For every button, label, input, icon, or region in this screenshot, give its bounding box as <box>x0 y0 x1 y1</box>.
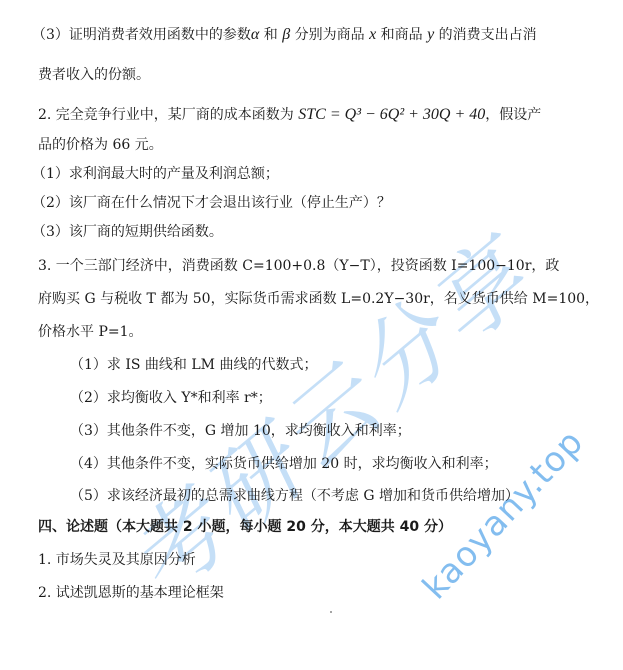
q2-part2: （2）该厂商在什么情况下才会退出该行业（停止生产）？ <box>32 194 391 212</box>
beta-symbol: β <box>282 26 290 43</box>
q3-line3: 价格水平 P=1。 <box>38 323 143 341</box>
q3-part2: （2）求均衡收入 Y*和利率 r*； <box>70 389 272 407</box>
section4-item2: 2. 试述凯恩斯的基本理论框架 <box>38 584 224 602</box>
q2-part3: （3）该厂商的短期供给函数。 <box>32 223 223 241</box>
q3-part5: （5）求该经济最初的总需求曲线方程（不考虑 G 增加和货币供给增加） <box>70 487 519 505</box>
scan-speck <box>330 611 332 613</box>
q2-part1: （1）求利润最大时的产量及利润总额； <box>32 165 279 183</box>
text: 和商品 <box>376 27 427 43</box>
q1-part3-line2: 费者收入的份额。 <box>38 66 150 84</box>
q3-part4: （4）其他条件不变，实际货币供给增加 20 时，求均衡收入和利率； <box>70 455 498 473</box>
q1-part3-line1: （3）证明消费者效用函数中的参数α 和 β 分别为商品 x 和商品 y 的消费支… <box>32 26 537 44</box>
stc-formula: STC = Q³ − 6Q² + 30Q + 40 <box>298 106 485 123</box>
text: （3）证明消费者效用函数中的参数 <box>32 27 251 43</box>
section4-item1: 1. 市场失灵及其原因分析 <box>38 551 196 569</box>
q2-line1: 2. 完全竞争行业中，某厂商的成本函数为 STC = Q³ − 6Q² + 30… <box>38 106 541 124</box>
section4-heading: 四、论述题（本大题共 2 小题，每小题 20 分，本大题共 40 分） <box>38 518 452 536</box>
text: 和 <box>259 27 282 43</box>
q3-part3: （3）其他条件不变，G 增加 10，求均衡收入和利率； <box>70 422 411 440</box>
q2-line2: 品的价格为 66 元。 <box>38 136 163 154</box>
text: 2. 完全竞争行业中，某厂商的成本函数为 <box>38 107 298 123</box>
text: ，假设产 <box>485 107 541 123</box>
q3-line2: 府购买 G 与税收 T 都为 50，实际货币需求函数 L=0.2Y−30r，名义… <box>38 290 599 308</box>
url-watermark: kaoyany.top <box>415 422 592 607</box>
q3-part1: （1）求 IS 曲线和 LM 曲线的代数式； <box>70 356 317 374</box>
text: 分别为商品 <box>290 27 369 43</box>
q3-line1: 3. 一个三部门经济中，消费函数 C=100+0.8（Y−T），投资函数 I=1… <box>38 257 559 275</box>
text: 的消费支出占消 <box>434 27 536 43</box>
